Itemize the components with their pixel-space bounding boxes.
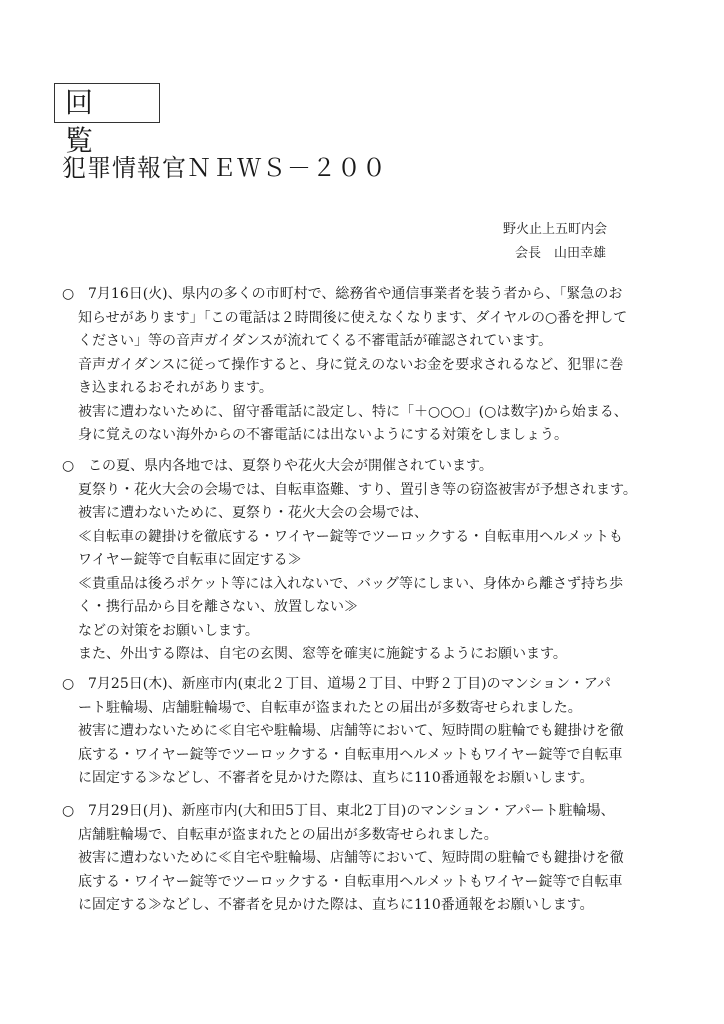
- notice-line: 被害に遭わないために≪自宅や駐輪場、店舗等において、短時間の駐輪でも鍵掛けを徹: [62, 720, 682, 744]
- notice-line: 身に覚えのない海外からの不審電話には出ないようにする対策をしましょう。: [62, 424, 682, 448]
- notice-line: ワイヤー錠等で自転車に固定する≫: [62, 549, 682, 573]
- page-title: 犯罪情報官ＮＥＷＳ－２００: [62, 152, 387, 184]
- circle-bullet-icon: ○: [62, 673, 88, 697]
- notice-line: などの対策をお願いします。: [62, 620, 682, 644]
- notice-line: 店舗駐輪場で、自転車が盗まれたとの届出が多数寄せられました。: [62, 824, 682, 848]
- notice-line: ≪自転車の鍵掛けを徹底する・ワイヤー錠等でツーロックする・自転車用ヘルメットも: [62, 526, 682, 550]
- circle-bullet-icon: ○: [62, 800, 88, 824]
- notice-section-3: ○7月25日(木)、新座市内(東北２丁目、道場２丁目、中野２丁目)のマンション・…: [62, 673, 682, 791]
- notice-line: 被害に遭わないために、留守番電話に設定し、特に「＋○○○」(○は数字)から始まる…: [62, 401, 682, 425]
- notice-line: 底する・ワイヤー錠等でツーロックする・自転車用ヘルメットもワイヤー錠等で自転車: [62, 744, 682, 768]
- chair-name: 会長 山田幸雄: [503, 242, 607, 266]
- notice-section-2: ○この夏、県内各地では、夏祭りや花火大会が開催されています。 夏祭り・花火大会の…: [62, 455, 682, 667]
- notice-line: に固定する≫などし、不審者を見かけた際は、直ちに110番通報をお願いします。: [62, 894, 682, 918]
- sender-block: 野火止上五町内会 会長 山田幸雄: [503, 218, 607, 266]
- notice-line: 被害に遭わないために、夏祭り・花火大会の会場では、: [62, 502, 682, 526]
- notice-line: 7月29日(月)、新座市内(大和田5丁目、東北2丁目)のマンション・アパート駐輪…: [88, 803, 615, 819]
- notice-section-4: ○7月29日(月)、新座市内(大和田5丁目、東北2丁目)のマンション・アパート駐…: [62, 800, 682, 918]
- circle-bullet-icon: ○: [62, 455, 88, 479]
- notice-line: 7月25日(木)、新座市内(東北２丁目、道場２丁目、中野２丁目)のマンション・ア…: [88, 676, 611, 692]
- organization-name: 野火止上五町内会: [503, 218, 607, 242]
- notice-line: く・携行品から目を離さない、放置しない≫: [62, 596, 682, 620]
- circle-bullet-icon: ○: [62, 283, 88, 307]
- notice-line: 被害に遭わないために≪自宅や駐輪場、店舗等において、短時間の駐輪でも鍵掛けを徹: [62, 847, 682, 871]
- notice-line: に固定する≫などし、不審者を見かけた際は、直ちに110番通報をお願いします。: [62, 767, 682, 791]
- notice-line: き込まれるおそれがあります。: [62, 377, 682, 401]
- notice-line: また、外出する際は、自宅の玄関、窓等を確実に施錠するようにお願います。: [62, 643, 682, 667]
- circular-label: 回 覧: [54, 83, 160, 123]
- notice-line: ≪貴重品は後ろポケット等には入れないで、バッグ等にしまい、身体から離さず持ち歩: [62, 573, 682, 597]
- notice-line: 7月16日(火)、県内の多くの市町村で、総務省や通信事業者を装う者から、「緊急の…: [88, 286, 622, 302]
- notice-line: ください」等の音声ガイダンスが流れてくる不審電話が確認されています。: [62, 330, 682, 354]
- notice-line: 知らせがあります」「この電話は２時間後に使えなくなります、ダイヤルの○番を押して: [62, 307, 682, 331]
- notice-line: 音声ガイダンスに従って操作すると、身に覚えのないお金を要求されるなど、犯罪に巻: [62, 354, 682, 378]
- notice-line: 底する・ワイヤー錠等でツーロックする・自転車用ヘルメットもワイヤー錠等で自転車: [62, 871, 682, 895]
- notice-line: この夏、県内各地では、夏祭りや花火大会が開催されています。: [88, 458, 493, 474]
- notice-section-1: ○7月16日(火)、県内の多くの市町村で、総務省や通信事業者を装う者から、「緊急…: [62, 283, 682, 448]
- notice-line: ート駐輪場、店舗駐輪場で、自転車が盗まれたとの届出が多数寄せられました。: [62, 697, 682, 721]
- notice-line: 夏祭り・花火大会の会場では、自転車盗難、すり、置引き等の窃盗被害が予想されます。: [62, 479, 682, 503]
